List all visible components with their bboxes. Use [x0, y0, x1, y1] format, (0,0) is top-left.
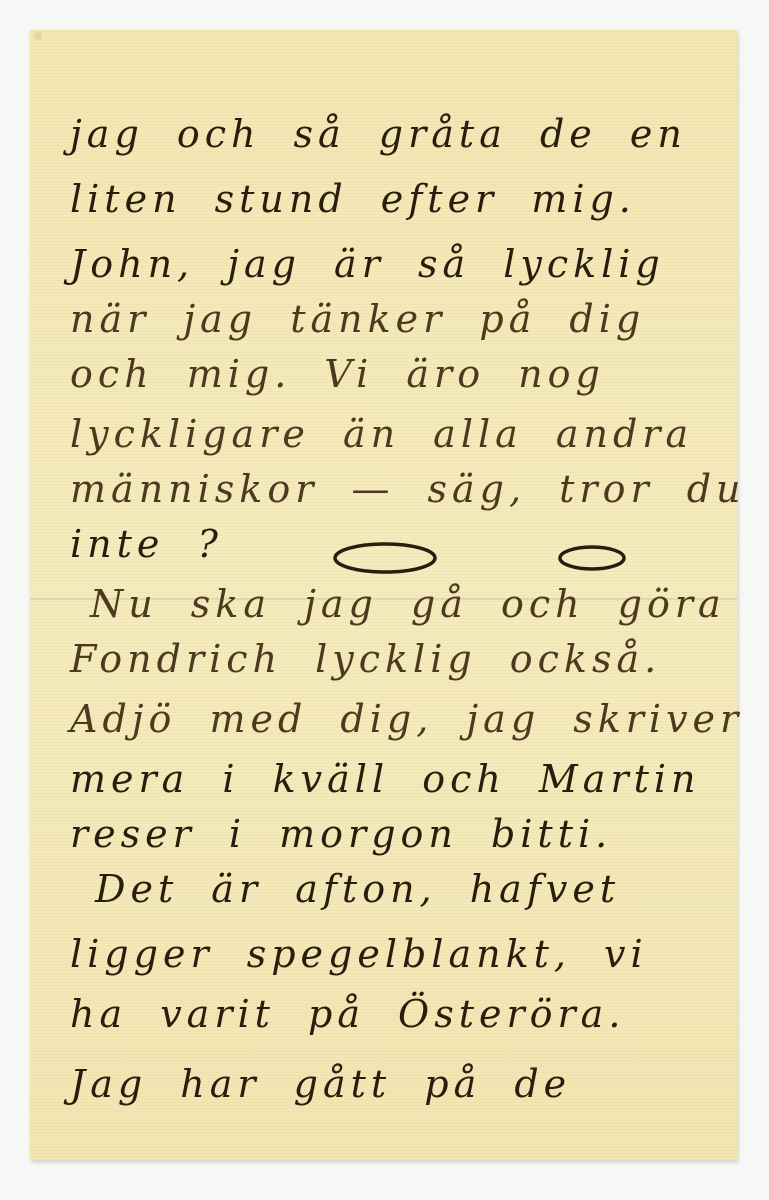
handwritten-line-1: jag och så gråta de en: [70, 115, 687, 153]
handwritten-line-11: Adjö med dig, jag skriver: [70, 700, 743, 738]
handwritten-line-6: lyckligare än alla andra: [70, 415, 693, 453]
handwritten-line-14: Det är afton, hafvet: [95, 870, 620, 908]
handwritten-line-8: inte ?: [70, 525, 223, 563]
letter-page: jag och så gråta de en liten stund efter…: [30, 30, 737, 1160]
handwritten-line-9: Nu ska jag gå och göra: [90, 585, 726, 623]
handwritten-line-12: mera i kväll och Martin: [70, 760, 701, 798]
handwritten-line-16: ha varit på Österöra.: [70, 995, 625, 1033]
handwritten-line-2: liten stund efter mig.: [70, 180, 636, 218]
handwritten-line-15: ligger spegelblankt, vi: [70, 935, 648, 973]
paper-corner-curl: [30, 30, 42, 40]
handwritten-line-7: människor — säg, tror du: [70, 470, 746, 508]
handwritten-line-3: John, jag är så lycklig: [70, 245, 665, 283]
handwritten-line-4: när jag tänker på dig: [70, 300, 645, 338]
handwritten-line-5: och mig. Vi äro nog: [70, 355, 605, 393]
drawn-ovals-icon: [330, 538, 650, 578]
handwritten-line-13: reser i morgon bitti.: [70, 815, 612, 853]
handwritten-line-17: Jag har gått på de: [70, 1065, 571, 1103]
handwritten-line-10: Fondrich lycklig också.: [70, 640, 661, 678]
